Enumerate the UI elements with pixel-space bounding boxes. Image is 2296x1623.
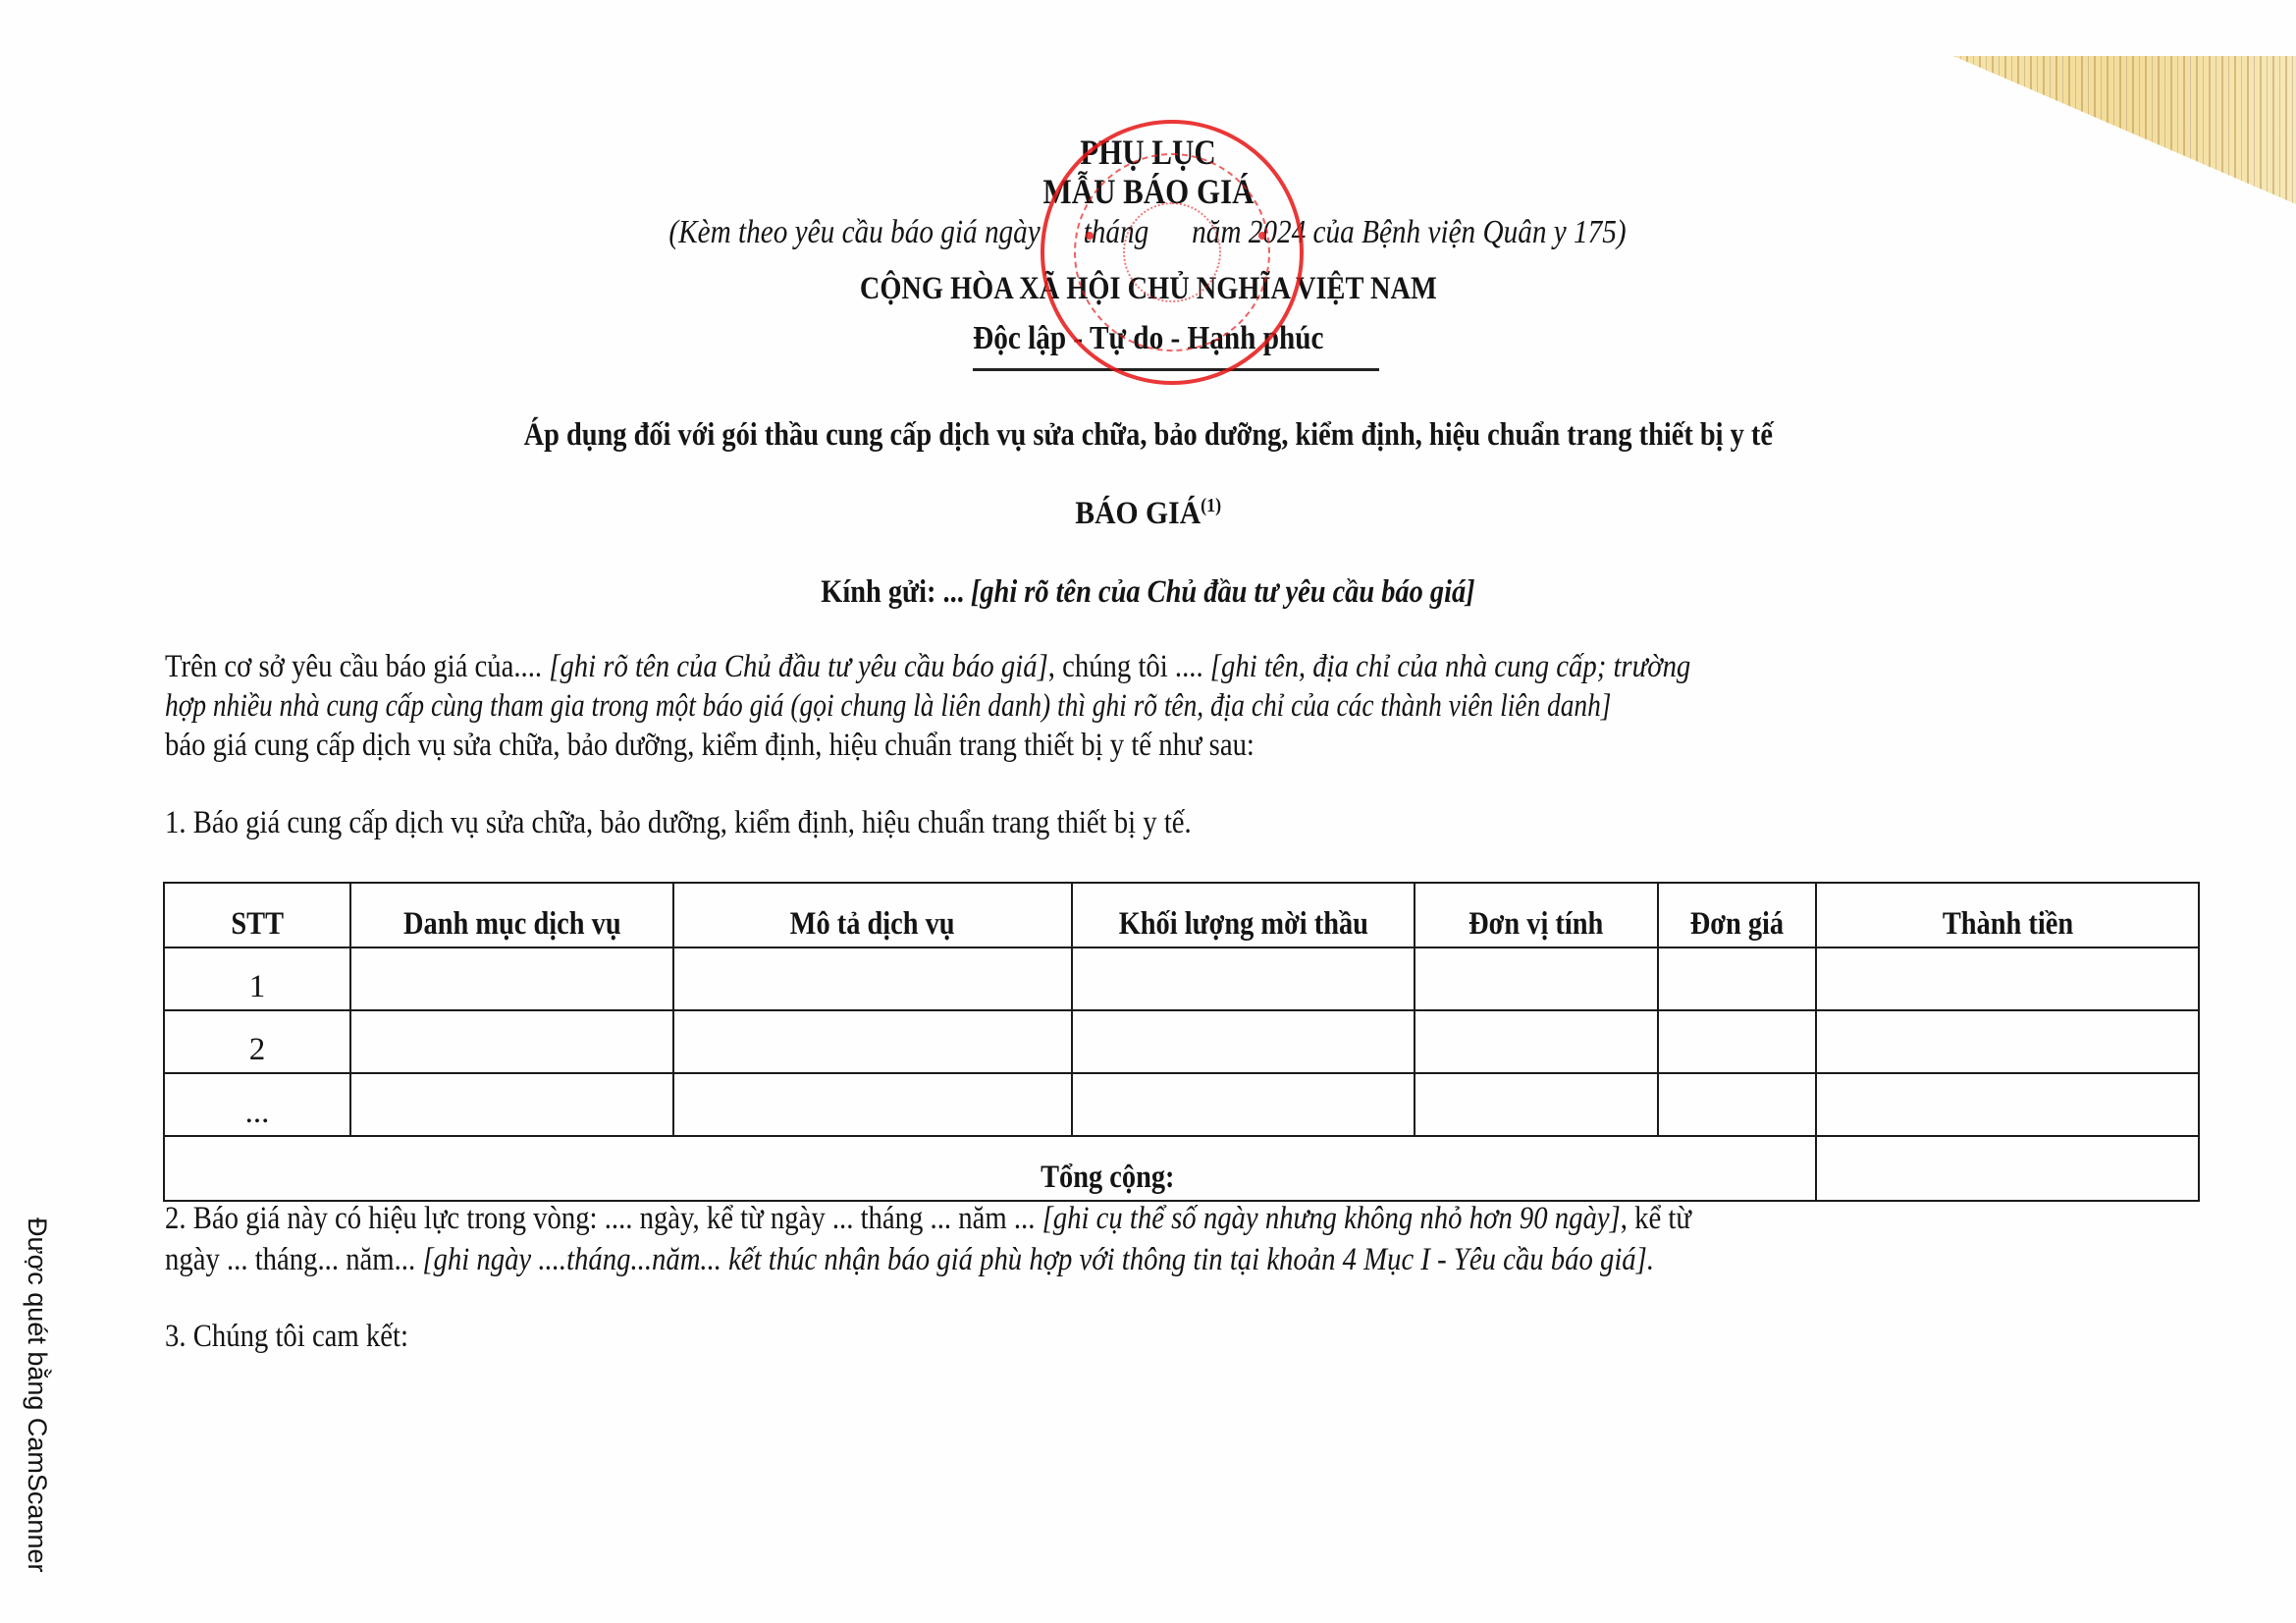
cell-service-list[interactable] xyxy=(350,1010,673,1073)
form-title: MẪU BÁO GIÁ xyxy=(0,171,2296,212)
addressee-line: Kính gửi: ... [ghi rõ tên của Chủ đầu tư… xyxy=(0,574,2296,611)
motto-underline xyxy=(973,368,1379,371)
col-header-unit: Đơn vị tính xyxy=(1415,883,1658,947)
applies-to-heading: Áp dụng đối với gói thầu cung cấp dịch v… xyxy=(0,417,2296,454)
cell-unit-price[interactable] xyxy=(1658,947,1816,1010)
motto-text: Độc lập - Tự do - Hạnh phúc xyxy=(973,320,1323,357)
motto: Độc lập - Tự do - Hạnh phúc xyxy=(0,320,2296,357)
intro-line-1: Trên cơ sở yêu cầu báo giá của.... [ghi … xyxy=(165,649,1919,685)
national-title-text: CỘNG HÒA XÃ HỘI CHỦ NGHĨA VIỆT NAM xyxy=(860,271,1437,307)
addressee-placeholder: [ghi rõ tên của Chủ đầu tư yêu cầu báo g… xyxy=(964,574,1475,610)
appendix-title-text: PHỤ LỤC xyxy=(1080,132,1215,173)
section-1-text: 1. Báo giá cung cấp dịch vụ sửa chữa, bả… xyxy=(165,805,1192,841)
cell-service-list[interactable] xyxy=(350,947,673,1010)
section-2-placeholder: [ghi ngày ....tháng...năm... kết thúc nh… xyxy=(422,1242,1654,1277)
cell-stt: ... xyxy=(164,1073,350,1136)
cell-unit[interactable] xyxy=(1415,1073,1658,1136)
col-header-bid-quantity: Khối lượng mời thầu xyxy=(1072,883,1415,947)
cell-unit-price[interactable] xyxy=(1658,1073,1816,1136)
intro-line-2: hợp nhiều nhà cung cấp cùng tham gia tro… xyxy=(165,688,1907,725)
intro-text: Trên cơ sở yêu cầu báo giá của.... xyxy=(165,649,549,684)
cell-bid-quantity[interactable] xyxy=(1072,1073,1415,1136)
cell-unit-price[interactable] xyxy=(1658,1010,1816,1073)
form-title-text: MẪU BÁO GIÁ xyxy=(1042,171,1254,212)
section-2-line-2: ngày ... tháng... năm... [ghi ngày ....t… xyxy=(165,1242,1877,1278)
section-1-title: 1. Báo giá cung cấp dịch vụ sửa chữa, bả… xyxy=(165,805,1345,841)
total-value[interactable] xyxy=(1816,1136,2199,1201)
section-3-text: 3. Chúng tôi cam kết: xyxy=(165,1319,408,1355)
footnote-ref: (1) xyxy=(1201,495,1221,516)
national-title: CỘNG HÒA XÃ HỘI CHỦ NGHĨA VIỆT NAM xyxy=(0,271,2296,307)
col-header-unit-price: Đơn giá xyxy=(1658,883,1816,947)
table-row: ... xyxy=(164,1073,2199,1136)
section-3-title: 3. Chúng tôi cam kết: xyxy=(165,1319,445,1355)
intro-placeholder: [ghi tên, địa chỉ của nhà cung cấp; trườ… xyxy=(1210,649,1690,684)
cell-stt: 2 xyxy=(164,1010,350,1073)
cell-amount[interactable] xyxy=(1816,1010,2199,1073)
quote-heading: BÁO GIÁ(1) xyxy=(0,495,2296,532)
intro-text: , chúng tôi .... xyxy=(1048,649,1210,684)
table-row: 2 xyxy=(164,1010,2199,1073)
cell-stt: 1 xyxy=(164,947,350,1010)
section-2-text: 2. Báo giá này có hiệu lực trong vòng: .… xyxy=(165,1201,1042,1236)
col-header-service-list: Danh mục dịch vụ xyxy=(350,883,673,947)
appendix-title: PHỤ LỤC xyxy=(0,132,2296,173)
cell-unit[interactable] xyxy=(1415,1010,1658,1073)
cell-service-description[interactable] xyxy=(673,947,1072,1010)
addressee-label: Kính gửi: ... xyxy=(821,574,964,610)
intro-text: báo giá cung cấp dịch vụ sửa chữa, bảo d… xyxy=(165,728,1255,764)
table-row: 1 xyxy=(164,947,2199,1010)
section-2-text: , kể từ xyxy=(1621,1201,1691,1236)
cell-amount[interactable] xyxy=(1816,947,2199,1010)
cell-bid-quantity[interactable] xyxy=(1072,1010,1415,1073)
quote-table: STT Danh mục dịch vụ Mô tả dịch vụ Khối … xyxy=(163,882,2200,1202)
attachment-note-text: (Kèm theo yêu cầu báo giá ngày tháng năm… xyxy=(669,214,1627,251)
cell-bid-quantity[interactable] xyxy=(1072,947,1415,1010)
applies-to-text: Áp dụng đối với gói thầu cung cấp dịch v… xyxy=(523,417,1772,454)
table-total-row: Tổng cộng: xyxy=(164,1136,2199,1201)
total-label: Tổng cộng: xyxy=(164,1136,1816,1201)
cell-service-list[interactable] xyxy=(350,1073,673,1136)
section-2-text: ngày ... tháng... năm... xyxy=(165,1242,422,1277)
col-header-amount: Thành tiền xyxy=(1816,883,2199,947)
cell-amount[interactable] xyxy=(1816,1073,2199,1136)
intro-placeholder: [ghi rõ tên của Chủ đầu tư yêu cầu báo g… xyxy=(549,649,1047,684)
camscanner-watermark: Được quét bằng CamScanner xyxy=(22,1217,52,1572)
col-header-service-description: Mô tả dịch vụ xyxy=(673,883,1072,947)
col-header-stt: STT xyxy=(164,883,350,947)
cell-unit[interactable] xyxy=(1415,947,1658,1010)
intro-line-3: báo giá cung cấp dịch vụ sửa chữa, bảo d… xyxy=(165,728,1417,764)
table-header-row: STT Danh mục dịch vụ Mô tả dịch vụ Khối … xyxy=(164,883,2199,947)
intro-placeholder: hợp nhiều nhà cung cấp cùng tham gia tro… xyxy=(165,688,1611,725)
quote-heading-text: BÁO GIÁ xyxy=(1075,496,1201,531)
cell-service-description[interactable] xyxy=(673,1010,1072,1073)
cell-service-description[interactable] xyxy=(673,1073,1072,1136)
section-2-line-1: 2. Báo giá này có hiệu lực trong vòng: .… xyxy=(165,1201,1919,1237)
attachment-note: (Kèm theo yêu cầu báo giá ngày tháng năm… xyxy=(0,214,2296,251)
section-2-placeholder: [ghi cụ thể số ngày nhưng không nhỏ hơn … xyxy=(1042,1201,1621,1236)
